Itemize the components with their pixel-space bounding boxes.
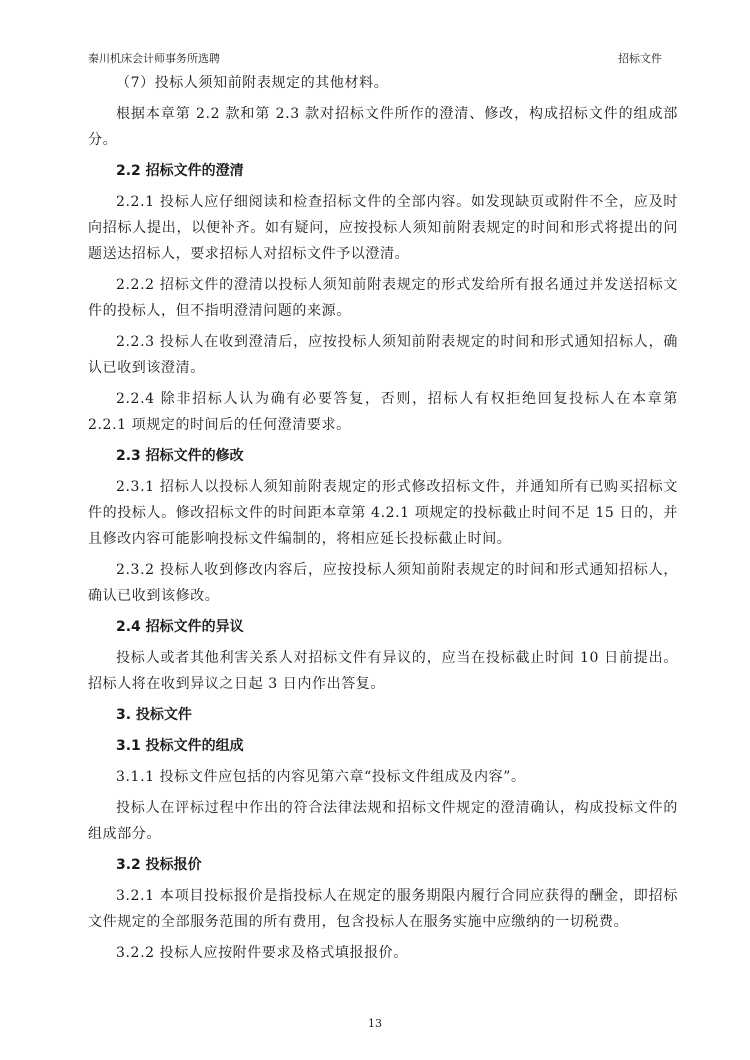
heading-2-3: 2.3 招标文件的修改 xyxy=(88,443,678,469)
document-body: （7）投标人须知前附表规定的其他材料。 根据本章第 2.2 款和第 2.3 款对… xyxy=(88,70,678,971)
page-header: 秦川机床会计师事务所选聘 招标文件 xyxy=(88,50,662,66)
heading-2-4: 2.4 招标文件的异议 xyxy=(88,614,678,640)
heading-3: 3. 投标文件 xyxy=(88,702,678,728)
paragraph-2-2-2: 2.2.2 招标文件的澄清以投标人须知前附表规定的形式发给所有报名通过并发送招标… xyxy=(88,272,678,324)
heading-3-1: 3.1 投标文件的组成 xyxy=(88,733,678,759)
paragraph-3-2-1: 3.2.1 本项目投标报价是指投标人在规定的服务期限内履行合同应获得的酬金，即招… xyxy=(88,883,678,935)
header-doc-type: 招标文件 xyxy=(618,50,662,66)
paragraph-3-2-2: 3.2.2 投标人应按附件要求及格式填报报价。 xyxy=(88,940,678,966)
paragraph-2-3-1: 2.3.1 招标人以投标人须知前附表规定的形式修改招标文件，并通知所有已购买招标… xyxy=(88,474,678,552)
paragraph-2-2-3: 2.2.3 投标人在收到澄清后，应按投标人须知前附表规定的时间和形式通知招标人，… xyxy=(88,329,678,381)
page-number: 13 xyxy=(0,1017,750,1030)
paragraph-3-1-clarification: 投标人在评标过程中作出的符合法律法规和招标文件规定的澄清确认，构成投标文件的组成… xyxy=(88,795,678,847)
heading-2-2: 2.2 招标文件的澄清 xyxy=(88,158,678,184)
paragraph-2-2-4: 2.2.4 除非招标人认为确有必要答复，否则，招标人有权拒绝回复投标人在本章第 … xyxy=(88,386,678,438)
paragraph-2-2-1: 2.2.1 投标人应仔细阅读和检查招标文件的全部内容。如发现缺页或附件不全，应及… xyxy=(88,189,678,267)
paragraph-3-1-1: 3.1.1 投标文件应包括的内容见第六章“投标文件组成及内容”。 xyxy=(88,764,678,790)
paragraph-2-4: 投标人或者其他利害关系人对招标文件有异议的，应当在投标截止时间 10 日前提出。… xyxy=(88,645,678,697)
paragraph-other-materials: （7）投标人须知前附表规定的其他材料。 xyxy=(88,70,678,96)
paragraph-composition: 根据本章第 2.2 款和第 2.3 款对招标文件所作的澄清、修改，构成招标文件的… xyxy=(88,101,678,153)
paragraph-2-3-2: 2.3.2 投标人收到修改内容后，应按投标人须知前附表规定的时间和形式通知招标人… xyxy=(88,557,678,609)
header-project-name: 秦川机床会计师事务所选聘 xyxy=(88,50,220,66)
heading-3-2: 3.2 投标报价 xyxy=(88,852,678,878)
